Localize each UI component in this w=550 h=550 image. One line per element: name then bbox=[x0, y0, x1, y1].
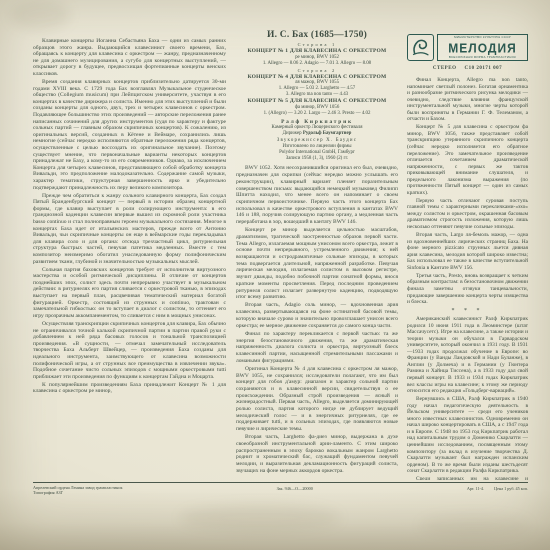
photo-vignette bbox=[0, 0, 550, 550]
bottom-shadow bbox=[0, 488, 550, 550]
